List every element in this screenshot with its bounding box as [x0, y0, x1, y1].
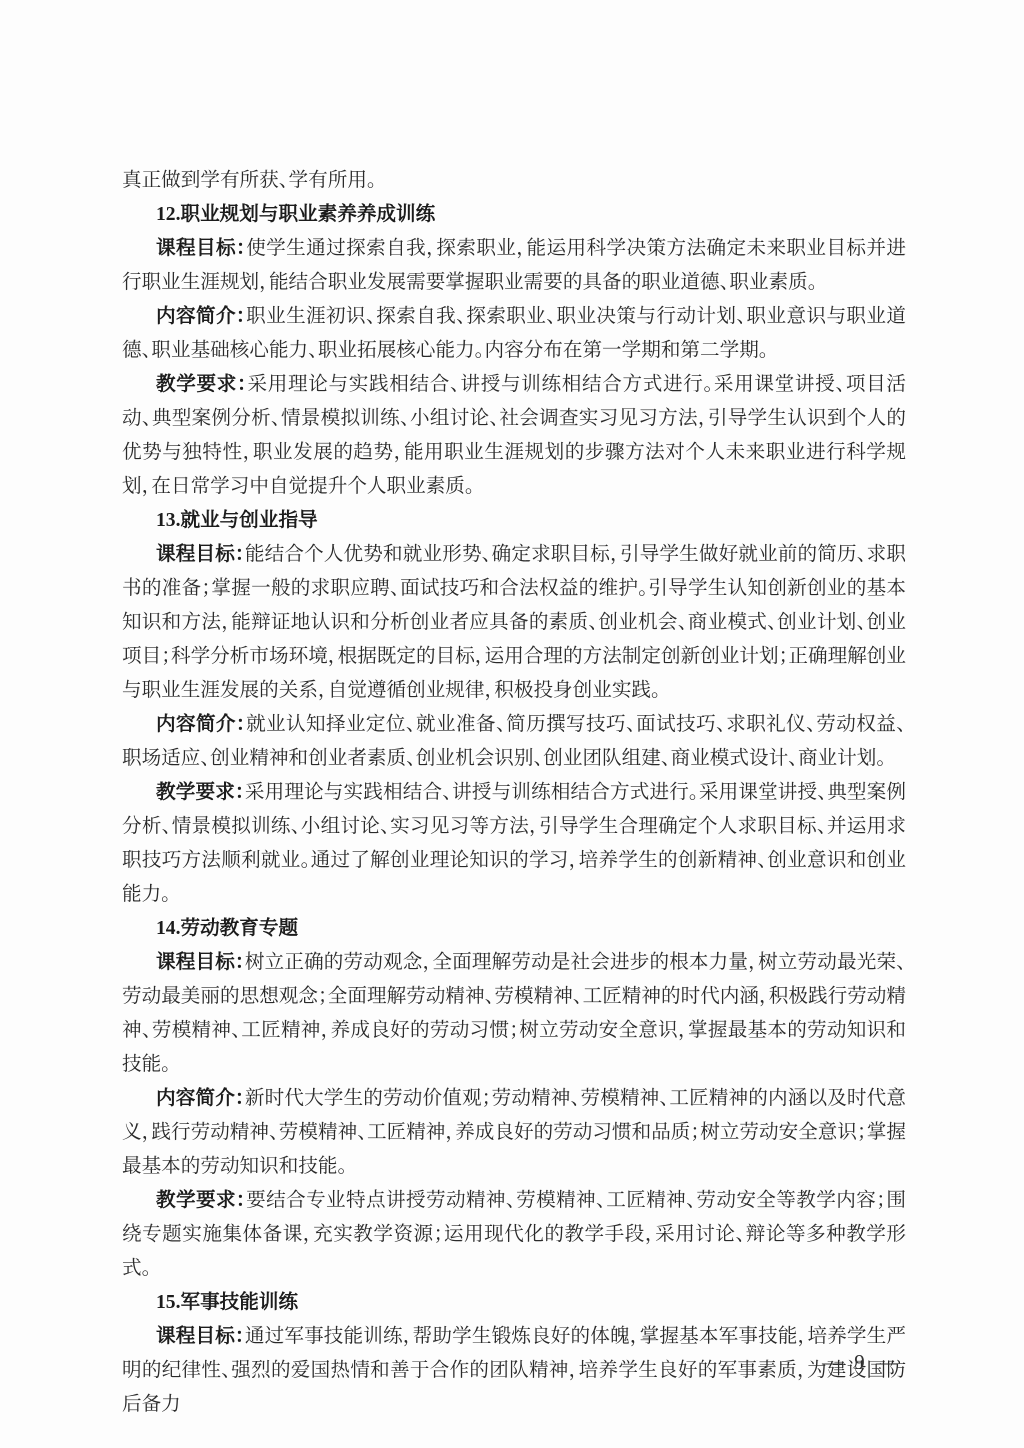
paragraph-label: 内容简介： — [156, 306, 246, 327]
section-heading-14: 14.劳动教育专题 — [122, 912, 906, 946]
page-content: 真正做到学有所获、学有所用。 12.职业规划与职业素养养成训练 课程目标：使学生… — [122, 164, 906, 1422]
paragraph-label: 课程目标： — [156, 238, 246, 259]
paragraph-label: 内容简介： — [156, 714, 246, 735]
paragraph-label: 内容简介： — [156, 1088, 245, 1109]
paragraph-course-goal: 课程目标：树立正确的劳动观念，全面理解劳动是社会进步的根本力量，树立劳动最光荣、… — [122, 946, 906, 1082]
paragraph-course-goal: 课程目标：通过军事技能训练，帮助学生锻炼良好的体魄，掌握基本军事技能，培养学生严… — [122, 1320, 906, 1422]
paragraph-label: 课程目标： — [156, 1326, 245, 1347]
paragraph-label: 课程目标： — [156, 544, 245, 565]
paragraph-label: 教学要求： — [156, 1190, 246, 1211]
page-footer: — 9 — — [822, 1350, 900, 1375]
paragraph-label: 教学要求： — [156, 374, 247, 395]
page-number: — 9 — — [822, 1350, 900, 1374]
paragraph-teaching-requirement: 教学要求：采用理论与实践相结合、讲授与训练相结合方式进行。采用课堂讲授、项目活动… — [122, 368, 906, 504]
paragraph-course-goal: 课程目标：能结合个人优势和就业形势、确定求职目标，引导学生做好就业前的简历、求职… — [122, 538, 906, 708]
paragraph-course-goal: 课程目标：使学生通过探索自我，探索职业，能运用科学决策方法确定未来职业目标并进行… — [122, 232, 906, 300]
paragraph-label: 课程目标： — [156, 952, 245, 973]
section-heading-13: 13.就业与创业指导 — [122, 504, 906, 538]
paragraph-teaching-requirement: 教学要求：采用理论与实践相结合、讲授与训练相结合方式进行。采用课堂讲授、典型案例… — [122, 776, 906, 912]
section-heading-12: 12.职业规划与职业素养养成训练 — [122, 198, 906, 232]
paragraph-text: 能结合个人优势和就业形势、确定求职目标，引导学生做好就业前的简历、求职书的准备；… — [122, 544, 906, 701]
paragraph-continuation: 真正做到学有所获、学有所用。 — [122, 164, 906, 198]
paragraph-content-intro: 内容简介：新时代大学生的劳动价值观；劳动精神、劳模精神、工匠精神的内涵以及时代意… — [122, 1082, 906, 1184]
section-heading-15: 15.军事技能训练 — [122, 1286, 906, 1320]
paragraph-content-intro: 内容简介：就业认知择业定位、就业准备、简历撰写技巧、面试技巧、求职礼仪、劳动权益… — [122, 708, 906, 776]
paragraph-teaching-requirement: 教学要求：要结合专业特点讲授劳动精神、劳模精神、工匠精神、劳动安全等教学内容；围… — [122, 1184, 906, 1286]
paragraph-label: 教学要求： — [156, 782, 245, 803]
document-page: 真正做到学有所获、学有所用。 12.职业规划与职业素养养成训练 课程目标：使学生… — [0, 0, 1024, 1448]
paragraph-content-intro: 内容简介：职业生涯初识、探索自我、探索职业、职业决策与行动计划、职业意识与职业道… — [122, 300, 906, 368]
